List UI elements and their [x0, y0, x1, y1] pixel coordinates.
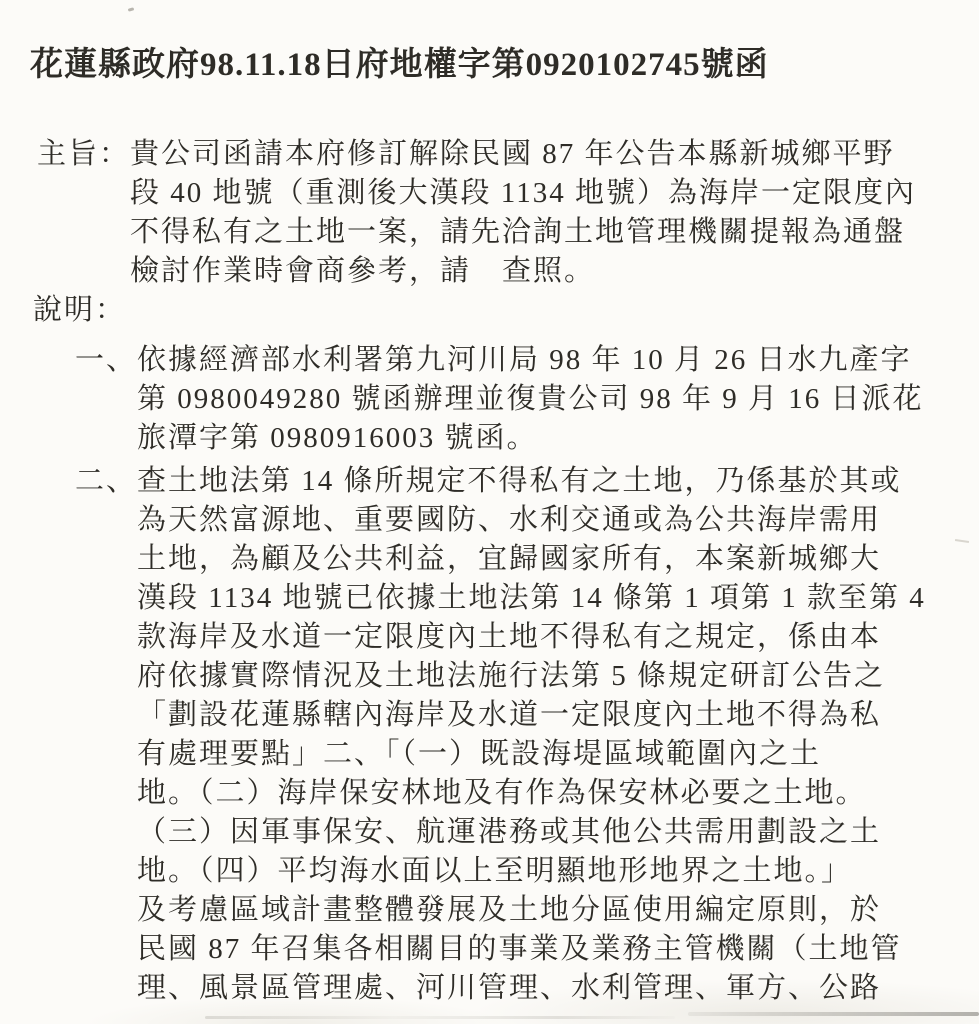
scan-bottom-cutoff-line	[688, 1012, 979, 1016]
item-text: 查土地法第 14 條所規定不得私有之土地，乃係基於其或為天然富源地、重要國防、水…	[137, 462, 926, 1008]
text-line: 依據經濟部水利署第九河川局 98 年 10 月 26 日水九產字	[137, 341, 924, 380]
text-line: （三）因軍事保安、航運港務或其他公共需用劃設之土	[137, 813, 926, 852]
subject-section: 主旨： 貴公司函請本府修訂解除民國 87 年公告本縣新城鄉平野段 40 地號（重…	[37, 135, 916, 291]
item-number: 一、	[75, 341, 137, 380]
item-number: 二、	[75, 462, 137, 501]
text-line: 地。（二）海岸保安林地及有作為保安林必要之土地。	[137, 774, 926, 813]
text-line: 不得私有之土地一案，請先洽詢土地管理機關提報為通盤	[130, 213, 916, 252]
subject-label: 主旨：	[37, 135, 130, 174]
text-line: 漢段 1134 地號已依據土地法第 14 條第 1 項第 1 款至第 4	[137, 579, 926, 618]
explanation-item-2: 二、 查土地法第 14 條所規定不得私有之土地，乃係基於其或為天然富源地、重要國…	[75, 462, 926, 1008]
text-line: 查土地法第 14 條所規定不得私有之土地，乃係基於其或	[137, 462, 926, 501]
text-line: 第 0980049280 號函辦理並復貴公司 98 年 9 月 16 日派花	[137, 380, 924, 419]
text-line: 有處理要點」二、「（一）既設海堤區域範圍內之土	[137, 735, 926, 774]
text-line: 地。（四）平均海水面以上至明顯地形地界之土地。」	[137, 852, 926, 891]
subject-text: 貴公司函請本府修訂解除民國 87 年公告本縣新城鄉平野段 40 地號（重測後大漢…	[130, 135, 916, 291]
text-line: 府依據實際情況及土地法施行法第 5 條規定研訂公告之	[137, 657, 926, 696]
scanned-document-page: 花蓮縣政府98.11.18日府地權字第0920102745號函 主旨： 貴公司函…	[0, 0, 979, 1024]
text-line: 貴公司函請本府修訂解除民國 87 年公告本縣新城鄉平野	[130, 135, 916, 174]
text-line: 及考慮區域計畫整體發展及土地分區使用編定原則，於	[137, 891, 926, 930]
text-line: 土地，為顧及公共利益，宜歸國家所有，本案新城鄉大	[137, 540, 926, 579]
text-line: 民國 87 年召集各相關目的事業及業務主管機關（土地管	[137, 930, 926, 969]
text-line: 段 40 地號（重測後大漢段 1134 地號）為海岸一定限度內	[130, 174, 916, 213]
explanation-item-1: 一、 依據經濟部水利署第九河川局 98 年 10 月 26 日水九產字第 098…	[75, 341, 924, 458]
text-line: 「劃設花蓮縣轄內海岸及水道一定限度內土地不得為私	[137, 696, 926, 735]
scan-bottom-smudge	[205, 1016, 675, 1019]
scan-edge-artifact	[955, 539, 969, 543]
scan-speck-artifact	[128, 7, 135, 11]
text-line: 款海岸及水道一定限度內土地不得私有之規定，係由本	[137, 618, 926, 657]
text-line: 理、風景區管理處、河川管理、水利管理、軍方、公路	[137, 969, 926, 1008]
text-line: 旅潭字第 0980916003 號函。	[137, 419, 924, 458]
item-text: 依據經濟部水利署第九河川局 98 年 10 月 26 日水九產字第 098004…	[137, 341, 924, 458]
text-line: 檢討作業時會商參考，請 查照。	[130, 252, 916, 291]
text-line: 為天然富源地、重要國防、水利交通或為公共海岸需用	[137, 501, 926, 540]
explanation-label: 說明：	[33, 291, 126, 330]
document-title: 花蓮縣政府98.11.18日府地權字第0920102745號函	[30, 42, 769, 88]
